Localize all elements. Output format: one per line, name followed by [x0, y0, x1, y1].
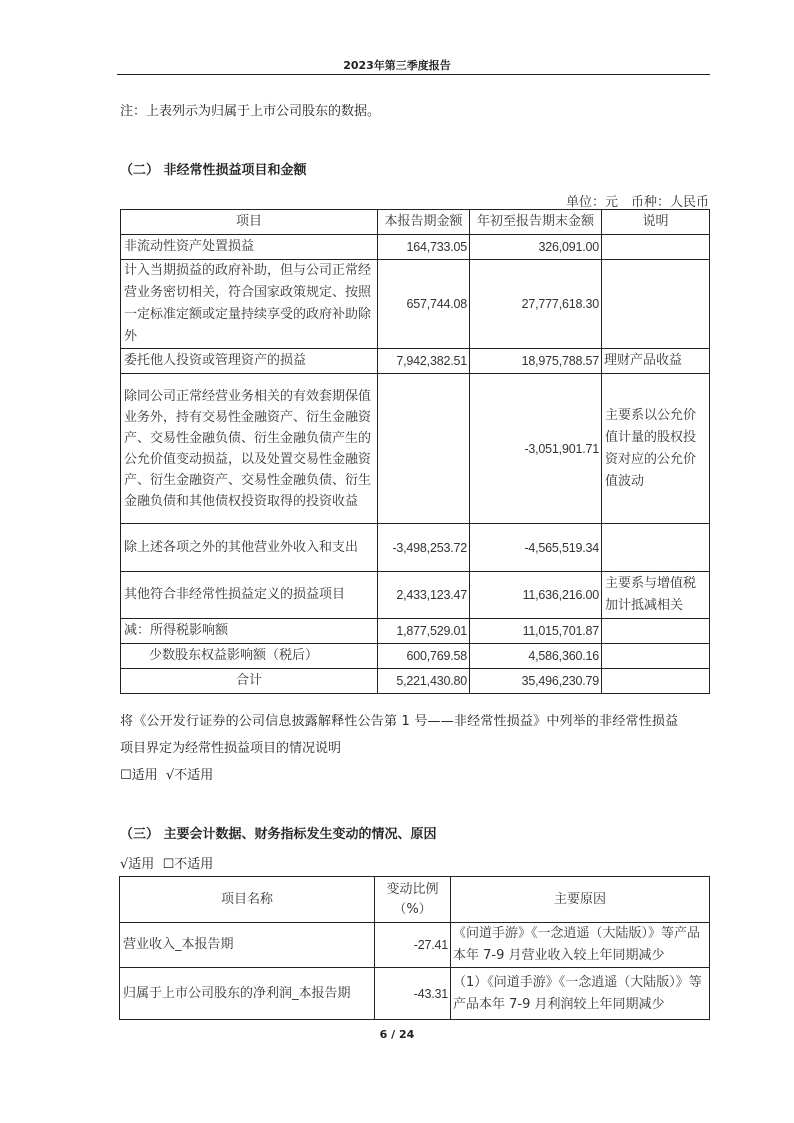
row-current: 600,769.58	[378, 644, 470, 669]
explanation-line-2: 项目界定为经常性损益项目的情况说明	[120, 741, 341, 757]
col-header-item: 项目	[121, 210, 378, 235]
row-ytd: 18,975,788.57	[470, 349, 602, 374]
row-current	[378, 374, 470, 524]
row-current: -3,498,253.72	[378, 524, 470, 572]
row-ytd: -4,565,519.34	[470, 524, 602, 572]
row-note: 主要系以公允价值计量的股权投资对应的公允价值波动	[602, 374, 710, 524]
header-divider	[117, 74, 710, 75]
row-note: 主要系与增值税加计抵减相关	[602, 572, 710, 619]
row-note	[602, 644, 710, 669]
row-main-reason: （1）《问道手游》《一念逍遥（大陆版）》等产品本年 7-9 月利润较上年同期减少	[451, 968, 710, 1020]
col-header-note: 说明	[602, 210, 710, 235]
row-item: 计入当期损益的政府补助，但与公司正常经营业务密切相关，符合国家政策规定、按照一定…	[121, 260, 378, 349]
row-item: 委托他人投资或管理资产的损益	[121, 349, 378, 374]
table-row: 非流动性资产处置损益 164,733.05 326,091.00	[121, 235, 710, 260]
row-ytd: 326,091.00	[470, 235, 602, 260]
table-row: 除同公司正常经营业务相关的有效套期保值业务外，持有交易性金融资产、衍生金融资产、…	[121, 374, 710, 524]
row-current: 657,744.08	[378, 260, 470, 349]
section-3-title: （三） 主要会计数据、财务指标发生变动的情况、原因	[120, 823, 437, 842]
table-row: 委托他人投资或管理资产的损益 7,942,382.51 18,975,788.5…	[121, 349, 710, 374]
applicable-label: 适用	[132, 768, 158, 783]
row-note: 理财产品收益	[602, 349, 710, 374]
table-row: 减：所得税影响额 1,877,529.01 11,015,701.87	[121, 619, 710, 644]
row-change-ratio: -27.41	[375, 923, 451, 968]
percent-unit-label: （%）	[375, 900, 450, 920]
row-current: 5,221,430.80	[378, 669, 470, 694]
row-note	[602, 669, 710, 694]
row-main-reason: 《问道手游》《一念逍遥（大陆版）》等产品本年 7-9 月营业收入较上年同期减少	[451, 923, 710, 968]
table-row: 除上述各项之外的其他营业外收入和支出 -3,498,253.72 -4,565,…	[121, 524, 710, 572]
not-applicable-label: 不适用	[174, 857, 213, 872]
key-indicators-change-table: 项目名称 变动比例 （%） 主要原因 营业收入_本报告期 -27.41 《问道手…	[119, 876, 710, 1020]
applicable-label: 适用	[128, 857, 154, 872]
row-ytd: 27,777,618.30	[470, 260, 602, 349]
row-ytd: 4,586,360.16	[470, 644, 602, 669]
row-ytd: 11,015,701.87	[470, 619, 602, 644]
row-note	[602, 619, 710, 644]
row-note	[602, 235, 710, 260]
row-item-name: 归属于上市公司股东的净利润_本报告期	[120, 968, 375, 1020]
explanation-line-1: 将《公开发行证券的公司信息披露解释性公告第 1 号——非经常性损益》中列举的非经…	[120, 714, 678, 730]
report-header-title: 2023年第三季度报告	[0, 57, 794, 73]
row-item: 除上述各项之外的其他营业外收入和支出	[121, 524, 378, 572]
applicability-options-2: ☐适用 √不适用	[120, 768, 213, 784]
row-item: 除同公司正常经营业务相关的有效套期保值业务外，持有交易性金融资产、衍生金融资产、…	[121, 374, 378, 524]
col-header-main-reason: 主要原因	[451, 877, 710, 923]
not-applicable-label: 不适用	[174, 768, 213, 783]
table-total-row: 合计 5,221,430.80 35,496,230.79	[121, 669, 710, 694]
row-item: 合计	[121, 669, 378, 694]
table-row: 其他符合非经常性损益定义的损益项目 2,433,123.47 11,636,21…	[121, 572, 710, 619]
row-item: 减：所得税影响额	[121, 619, 378, 644]
row-change-ratio: -43.31	[375, 968, 451, 1020]
table-row: 少数股东权益影响额（税后） 600,769.58 4,586,360.16	[121, 644, 710, 669]
page-number: 6 / 24	[0, 1028, 794, 1041]
row-note	[602, 260, 710, 349]
unit-currency-label: 单位：元 币种：人民币	[566, 191, 709, 210]
col-header-ytd: 年初至报告期末金额	[470, 210, 602, 235]
row-item: 非流动性资产处置损益	[121, 235, 378, 260]
row-current: 164,733.05	[378, 235, 470, 260]
checkbox-unchecked-icon: ☐	[163, 857, 175, 872]
row-ytd: 11,636,216.00	[470, 572, 602, 619]
section-2-title: （二） 非经常性损益项目和金额	[120, 159, 307, 178]
table-header-row: 项目名称 变动比例 （%） 主要原因	[120, 877, 710, 923]
row-ytd: 35,496,230.79	[470, 669, 602, 694]
table-header-row: 项目 本报告期金额 年初至报告期末金额 说明	[121, 210, 710, 235]
checkbox-unchecked-icon: ☐	[120, 768, 132, 783]
row-note	[602, 524, 710, 572]
row-current: 2,433,123.47	[378, 572, 470, 619]
row-item: 少数股东权益影响额（税后）	[121, 644, 378, 669]
row-current: 1,877,529.01	[378, 619, 470, 644]
non-recurring-items-table: 项目 本报告期金额 年初至报告期末金额 说明 非流动性资产处置损益 164,73…	[120, 209, 710, 694]
row-ytd: -3,051,901.71	[470, 374, 602, 524]
table-note: 注：上表列示为归属于上市公司股东的数据。	[120, 104, 380, 120]
table-row: 归属于上市公司股东的净利润_本报告期 -43.31 （1）《问道手游》《一念逍遥…	[120, 968, 710, 1020]
col-header-change-ratio: 变动比例 （%）	[375, 877, 451, 923]
col-header-current: 本报告期金额	[378, 210, 470, 235]
col-header-item-name: 项目名称	[120, 877, 375, 923]
row-item-name: 营业收入_本报告期	[120, 923, 375, 968]
table-row: 营业收入_本报告期 -27.41 《问道手游》《一念逍遥（大陆版）》等产品本年 …	[120, 923, 710, 968]
applicability-options-3: √适用 ☐不适用	[120, 857, 213, 873]
row-item: 其他符合非经常性损益定义的损益项目	[121, 572, 378, 619]
row-current: 7,942,382.51	[378, 349, 470, 374]
change-ratio-label: 变动比例	[375, 880, 450, 900]
table-row: 计入当期损益的政府补助，但与公司正常经营业务密切相关，符合国家政策规定、按照一定…	[121, 260, 710, 349]
checkmark-icon: √	[166, 768, 174, 783]
